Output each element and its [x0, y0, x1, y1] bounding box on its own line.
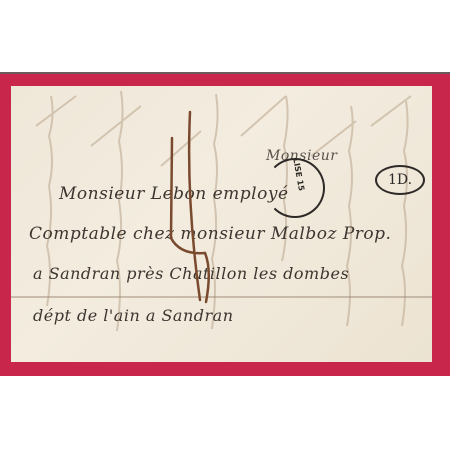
letter-cover: Monsieur Monsieur Lebon employé Comptabl…: [11, 86, 432, 362]
address-line-2: Comptable chez monsieur Malboz Prop.: [29, 224, 391, 244]
oval-postmark-text: 1D.: [388, 172, 412, 188]
address-line-1: Monsieur Lebon employé: [59, 184, 289, 204]
address-line-4: dépt de l'ain a Sandran: [33, 306, 234, 325]
fold-line: [11, 296, 432, 298]
oval-postmark: 1D.: [375, 165, 425, 195]
address-line-3: a Sandran près Chatillon les dombes: [33, 264, 349, 283]
